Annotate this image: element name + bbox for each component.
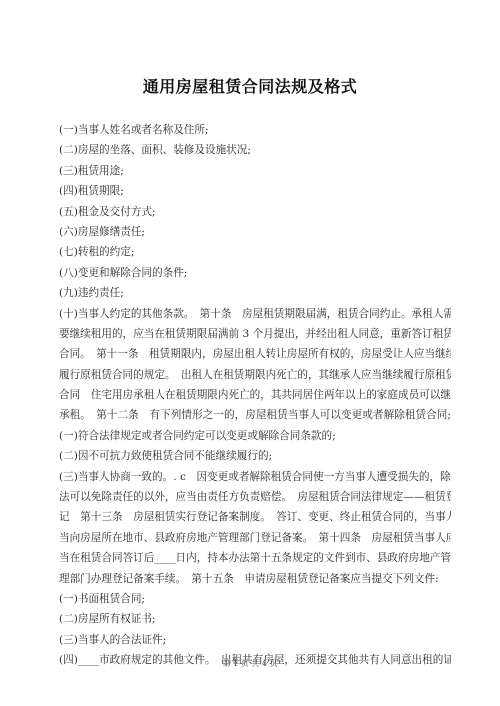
- text-line: 履行原租赁合同的规定。 出租人在租赁期限内死亡的，其继承人应当继续履行原租赁: [59, 365, 451, 385]
- text-line: (二)房屋所有权证书;: [59, 609, 451, 629]
- text-line: (五)租金及交付方式;: [59, 202, 451, 222]
- text-line: (一)符合法律规定或者合同约定可以变更或解除合同条款的;: [59, 426, 451, 446]
- text-line: (七)转租的约定;: [59, 242, 451, 262]
- text-line: (一)当事人姓名或者名称及住所;: [59, 120, 451, 140]
- text-line: 理部门办理登记备案手续。 第十五条 申请房屋租赁登记备案应当提交下列文件:: [59, 569, 451, 589]
- text-line: 合同。 第十一条 租赁期限内，房屋出租人转让房屋所有权的，房屋受让人应当继续: [59, 344, 451, 364]
- text-line: (四)租赁期限;: [59, 181, 451, 201]
- text-line: 记 第十三条 房屋租赁实行登记备案制度。 答订、变更、终止租赁合同的，当事人应: [59, 507, 451, 527]
- text-line: (六)房屋修缮责任;: [59, 222, 451, 242]
- text-line: (二)房屋的坐落、面积、装修及设施状况;: [59, 140, 451, 160]
- text-line: (九)违约责任;: [59, 283, 451, 303]
- text-line: (十)当事人约定的其他条款。 第十条 房屋租赁期限届满，租赁合同约止。承租人需: [59, 304, 451, 324]
- document-body: (一)当事人姓名或者名称及住所;(二)房屋的坐落、面积、装修及设施状况;(三)租…: [59, 120, 451, 671]
- text-line: 当在租赁合同答订后____日内，持本办法第十五条规定的文件到市、县政府房地产管: [59, 548, 451, 568]
- text-line: (八)变更和解除合同的条件;: [59, 263, 451, 283]
- text-line: (三)当事人协商一致的。. c 因变更或者解除租赁合同使一方当事人遭受损失的，除…: [59, 467, 451, 487]
- text-line: 法可以免除责任的以外，应当由责任方负责赔偿。 房屋租赁合同法律规定——租赁登: [59, 487, 451, 507]
- text-line: 合同 住宅用房承租人在租赁期限内死亡的，其共同居住两年以上的家庭成员可以继续: [59, 385, 451, 405]
- text-line: (二)因不可抗力致使租赁合同不能继续履行的;: [59, 446, 451, 466]
- text-line: 当向房屋所在地市、县政府房地产管理部门登记备案。 第十四条 房屋租赁当事人应: [59, 528, 451, 548]
- page-footer: 第 1 页 共 4 页: [0, 658, 500, 669]
- text-line: (三)当事人的合法证件;: [59, 630, 451, 650]
- text-line: 承租。 第十二条 有下列情形之一的，房屋租赁当事人可以变更或者解除租赁合同;: [59, 405, 451, 425]
- text-line: 要继续租用的，应当在租赁期限届满前 3 个月提出，并经出租人同意，重新答订租赁: [59, 324, 451, 344]
- text-line: (三)租赁用途;: [59, 161, 451, 181]
- document-title: 通用房屋租赁合同法规及格式: [0, 74, 500, 97]
- text-line: (一)书面租赁合同;: [59, 589, 451, 609]
